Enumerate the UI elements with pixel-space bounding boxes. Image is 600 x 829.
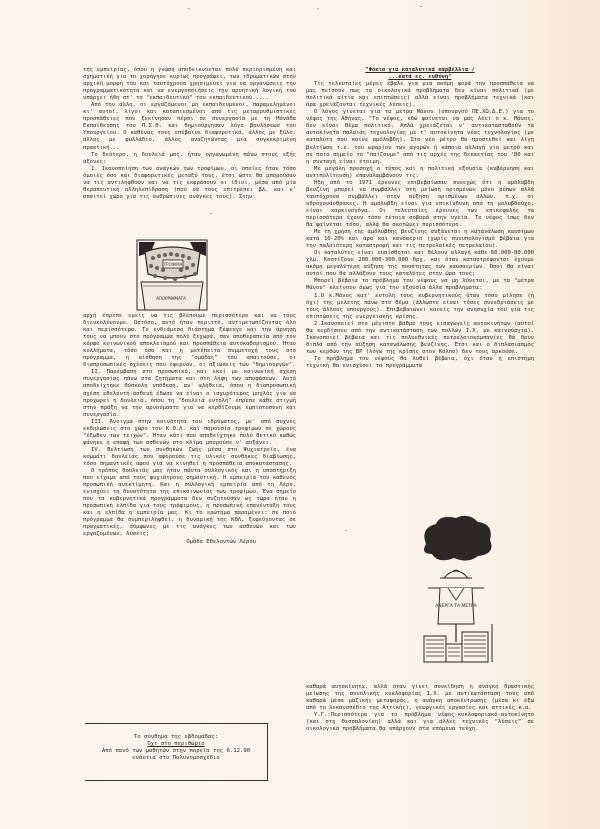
- paragraph: Υ.Γ.:Περισσότερα για το πρόβλημα νέφος-κ…: [306, 712, 534, 733]
- food-tray-illustration: ΤΡΟΦΙΜΑ ΑΠΟΡΡΙΜΜΑΤΑ: [135, 238, 210, 314]
- article-title: "Φόκια για καταλυτικά καρβέλλια /: [306, 67, 534, 74]
- paragraph: 2.Ικανοποιεί στο μέγιστο βαθμό τους εισα…: [306, 321, 534, 356]
- notice-source-2: ενάντια στο Πολυνομοσχέδιο: [85, 755, 267, 762]
- paragraph: Το δεύτερο, η δουλειά μας, ήταν οργανωμέ…: [83, 152, 296, 166]
- smog-cloud-icon: ΑΝΕΡΓΑ ΤΑ ΜΕΤΡΑ: [418, 514, 496, 664]
- svg-text:ΤΡΟΦΙΜΑ: ΤΡΟΦΙΜΑ: [163, 262, 183, 267]
- paragraph: καθαρά αυτοκίνητα, αλλά όταν γίνει συνεί…: [306, 684, 534, 712]
- scan-speck: [210, 213, 212, 214]
- svg-text:ΑΝΕΡΓΑ ΤΑ ΜΕΤΡΑ: ΑΝΕΡΓΑ ΤΑ ΜΕΤΡΑ: [435, 603, 477, 609]
- scan-speck: [420, 6, 422, 7]
- scanned-page: της εμπειρίας, όπου η γνώση αποδεικνύετα…: [0, 0, 600, 829]
- left-column-top: της εμπειρίας, όπου η γνώση αποδεικνύετα…: [83, 67, 296, 201]
- paragraph: Οι καταλύτες είναι ευαίσθητοι και θέλουν…: [306, 250, 534, 278]
- paragraph: Τις τελευταίες μέρες έβαλε για μια ακόμη…: [306, 81, 534, 109]
- notice-slogan: Όχι στο περιθώριο: [85, 741, 267, 748]
- notice-source: Από πανό των μαθητών στην πορεία της 6.1…: [85, 748, 267, 755]
- smog-scarecrow-illustration: ΑΝΕΡΓΑ ΤΑ ΜΕΤΡΑ: [418, 514, 496, 664]
- left-column-bottom: αρχή έπρεπε εμείς να τις βλέπουμε περισσ…: [83, 313, 296, 546]
- paragraph: Ήδη από το 1971 έρευνες επιβεβαίωσαν συν…: [306, 180, 534, 229]
- paragraph: Το πρόβλημα του νέφους θα λυθεί βέβαια, …: [306, 356, 534, 370]
- paragraph: Ο λόγος γίνεται για τα μέτρα Μάνου (υπου…: [306, 109, 534, 165]
- paragraph: Από την άλλη, οι εργαζόμενοι μη εκπαιδευ…: [83, 102, 296, 151]
- slogan-notice-box: Το σύνθημα της εβδομάδας: Όχι στο περιθώ…: [85, 723, 268, 781]
- paragraph: 1.Ο κ.Μάνος κατ' εντολή τους κυβερνητικο…: [306, 293, 534, 321]
- paragraph: αρχή έπρεπε εμείς να τις βλέπουμε περισσ…: [83, 313, 296, 369]
- notice-heading: Το σύνθημα της εβδομάδας:: [85, 734, 267, 741]
- paragraph: IV. Βελτίωση των συνθηκών ζωής μέσα στο …: [83, 447, 296, 468]
- scan-speck: [345, 530, 347, 531]
- paragraph: Με τη χρήση της αμόλυβδης βενζίνης αυξάν…: [306, 229, 534, 250]
- paragraph: III. Άνοιγμα στην κοινότητα του ιδρύματο…: [83, 419, 296, 447]
- svg-text:ΑΠΟΡΡΙΜΜΑΤΑ: ΑΠΟΡΡΙΜΜΑΤΑ: [155, 296, 186, 301]
- paragraph: Με μεγάλη προσοχή ο τύπος και η πολιτική…: [306, 166, 534, 180]
- right-column-bottom: καθαρά αυτοκίνητα, αλλά όταν γίνει συνεί…: [306, 684, 534, 733]
- paragraph: της εμπειρίας, όπου η γνώση αποδεικνύετα…: [83, 67, 296, 102]
- signature: Ομάδα Εθελοντών Λέρου: [83, 539, 296, 546]
- paragraph: II. Παρέμβαση στο προσωπικό, και εκεί με…: [83, 369, 296, 418]
- right-column-top: "Φόκια για καταλυτικά καρβέλλια / ...κατ…: [306, 67, 534, 370]
- paragraph: Ο τρόπος δουλειάς μας ήταν πάντα συλλογι…: [83, 468, 296, 538]
- food-tray-icon: ΤΡΟΦΙΜΑ ΑΠΟΡΡΙΜΜΑΤΑ: [135, 238, 210, 314]
- scan-speck: [317, 8, 319, 9]
- scan-speck: [188, 8, 190, 9]
- paragraph: 1. Ικανοποίηση των αναγκών των τροφίμων,…: [83, 166, 296, 201]
- paragraph: Μπορεί βέβαια το πρόβλημα του νέφους να …: [306, 278, 534, 292]
